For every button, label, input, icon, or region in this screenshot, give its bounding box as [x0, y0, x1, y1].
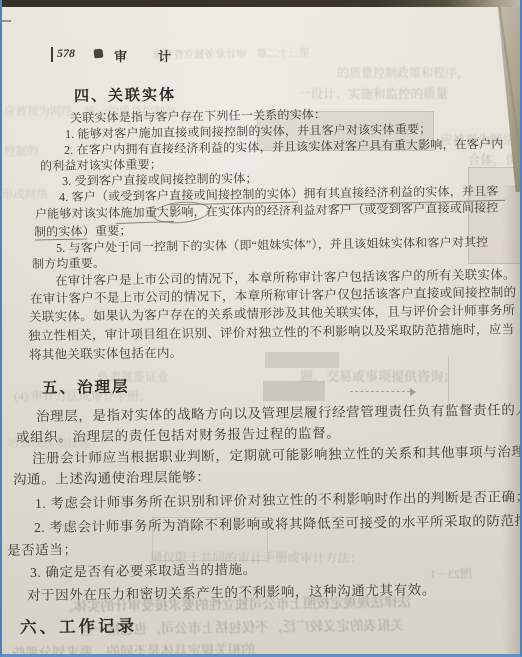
text-line: 2. 考虑会计师事务所为消除不利影响或将其降低至可接受的水平所采取的防范措施 — [34, 509, 522, 536]
header-rule — [51, 47, 53, 62]
text-line: 制方均重要。 — [32, 254, 105, 272]
text-line: 3. 确定是否有必要采取适当的措施。 — [30, 558, 257, 581]
section-heading: 五、治理层 — [42, 375, 130, 398]
bleedthrough-arrowhead-icon — [410, 388, 416, 396]
bleedthrough-text: 图23－1 — [430, 565, 472, 583]
bleedthrough-text: 一设计、实施和监控的质量 — [298, 84, 448, 102]
section-heading: 四、关联实体 — [74, 84, 176, 106]
book-title: 审 计 — [114, 46, 180, 65]
bleedthrough-text: 的质量控制政策和程序， — [337, 64, 469, 81]
photo-top-bar — [2, 0, 520, 7]
book-page-photo: 第三十二章 审计业务独立性要求 的质量控制政策和程序， 一设计、实施和监控的质量… — [0, 0, 522, 657]
publisher-mark-icon — [94, 49, 104, 59]
text-line: 或组织。治理层的责任包括对财务报告过程的监督。 — [16, 421, 341, 446]
text-line: 将其他关联实体包括在内。 — [29, 343, 183, 363]
bleedthrough-dashed-arrow — [350, 391, 410, 392]
bleedthrough-text: 控制的 — [4, 143, 39, 159]
text-line: 是否适当； — [7, 538, 78, 559]
text-line: 沟通。上述沟通使治理层能够： — [13, 465, 211, 488]
margin-tick — [2, 20, 11, 22]
bleedthrough-box — [265, 352, 339, 368]
text-line: 1. 考虑会计师事务所在识别和评价对独立性的不利影响时作出的判断是否正确； — [35, 485, 522, 512]
bleedthrough-text: 的相关规定具体是不同的，要求划分那些 — [12, 638, 255, 657]
bleedthrough-text: 形成网络 — [2, 186, 48, 202]
page-curvature-shadow — [502, 185, 520, 657]
section-heading: 六、工作记录 — [20, 612, 137, 638]
page-number: 578 — [57, 46, 75, 61]
bleedthrough-box — [263, 381, 325, 401]
